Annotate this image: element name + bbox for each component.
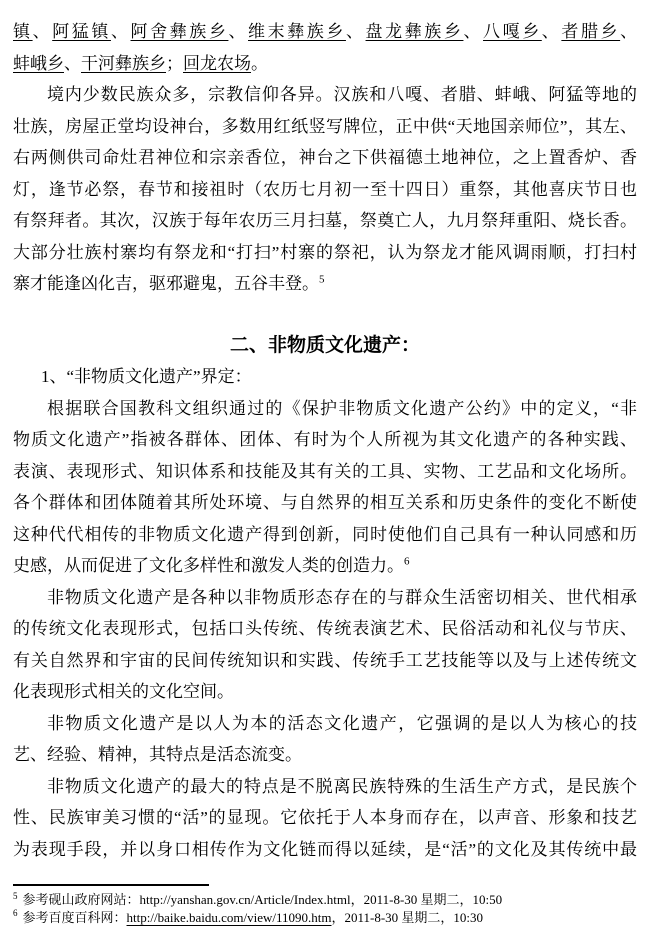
text-line: 境内少数民族众多，宗教信仰各异。汉族和八嘎、者腊、蚌峨、阿猛等地的 (13, 79, 637, 111)
text-line: 寨才能逢凶化吉，驱邪避鬼，五谷丰登。5 (13, 268, 637, 300)
footnote: 6参考百度百科网：http://baike.baidu.com/view/110… (13, 909, 637, 927)
punctuation: 、 (620, 22, 637, 41)
place-name: 维末彝族乡 (248, 22, 346, 41)
place-name: 阿舍彝族乡 (131, 22, 229, 41)
footnote-timestamp: ，2011-8-30 星期二，10:30 (331, 910, 483, 925)
text-run: 表演、表现形式、知识体系和技能及其有关的工具、实物、工艺品和文化场所。 (13, 462, 637, 481)
text-run: 性、民族审美习惯的“活”的显现。它依托于人本身而存在，以声音、形象和技艺 (13, 808, 637, 827)
footnote-text: 参考砚山政府网站： (23, 892, 140, 907)
document-page: 镇、阿猛镇、阿舍彝族乡、维末彝族乡、盘龙彝族乡、八嘎乡、者腊乡、蚌峨乡、干河彝族… (0, 0, 650, 932)
text-run: 各个群体和团体随着其所处环境、与自然界的相互关系和历史条件的变化不断使 (13, 493, 637, 512)
place-name: 阿猛镇 (52, 22, 111, 41)
text-line: 灯，逢节必祭，春节和接祖时（农历七月初一至十四日）重祭，其他喜庆节日也 (13, 174, 637, 206)
punctuation: ； (166, 54, 183, 73)
footnote-marker: 5 (13, 891, 18, 901)
footnote: 5参考砚山政府网站：http://yanshan.gov.cn/Article/… (13, 891, 637, 909)
text-run: 壮族，房屋正堂均设神台，多数用红纸竖写牌位，正中供“天地国亲师位”，其左、 (13, 117, 637, 136)
text-run: 史感，从而促进了文化多样性和激发人类的创造力。 (13, 556, 404, 575)
text-run: 根据联合国教科文组织通过的《保护非物质文化遗产公约》中的定义，“非 (47, 399, 637, 418)
document-body: 镇、阿猛镇、阿舍彝族乡、维末彝族乡、盘龙彝族乡、八嘎乡、者腊乡、蚌峨乡、干河彝族… (13, 16, 637, 865)
text-run: 这种代代相传的非物质文化遗产得到创新，同时使他们自己具有一种认同感和历 (13, 525, 637, 544)
sub-heading: 1、“非物质文化遗产”界定： (13, 361, 637, 393)
text-run: 化表现形式相关的文化空间。 (13, 682, 234, 701)
text-line: 这种代代相传的非物质文化遗产得到创新，同时使他们自己具有一种认同感和历 (13, 519, 637, 551)
footnote-marker: 6 (13, 908, 18, 918)
footnote-section: 5参考砚山政府网站：http://yanshan.gov.cn/Article/… (13, 884, 637, 926)
text-run: 的传统文化表现形式，包括口头传统、传统表演艺术、民俗活动和礼仪与节庆、 (13, 619, 637, 638)
text-run: 大部分壮族村寨均有祭龙和“打扫”村寨的祭祀，认为祭龙才能风调雨顺，打扫村 (13, 243, 637, 262)
text-run: 物质文化遗产”指被各群体、团体、有时为个人所视为其文化遗产的各种实践、 (13, 430, 637, 449)
punctuation: 、 (346, 22, 366, 41)
text-run: 右两侧供司命灶君神位和宗亲香位，神台之下供福德土地神位，之上置香炉、香 (13, 148, 637, 167)
text-line: 有关自然界和宇宙的民间传统知识和实践、传统手工艺技能等以及与上述传统文 (13, 645, 637, 677)
text-line: 的传统文化表现形式，包括口头传统、传统表演艺术、民俗活动和礼仪与节庆、 (13, 613, 637, 645)
punctuation: 、 (33, 22, 53, 41)
footnote-url: http://yanshan.gov.cn/Article/Index.html (140, 892, 351, 907)
text-line: 化表现形式相关的文化空间。 (13, 676, 637, 708)
footnote-timestamp: ，2011-8-30 星期二，10:50 (351, 892, 503, 907)
punctuation: 、 (228, 22, 248, 41)
text-run: 有祭拜者。其次，汉族于每年农历三月扫墓，祭奠亡人，九月祭拜重阳、烧长香。 (13, 211, 637, 230)
punctuation: 、 (64, 54, 81, 73)
text-run: 非物质文化遗产的最大的特点是不脱离民族特殊的生活生产方式，是民族个 (47, 777, 637, 796)
text-line: 性、民族审美习惯的“活”的显现。它依托于人本身而存在，以声音、形象和技艺 (13, 802, 637, 834)
footnote-ref: 6 (404, 555, 410, 567)
text-line: 蚌峨乡、干河彝族乡；回龙农场。 (13, 48, 637, 80)
punctuation: 、 (463, 22, 483, 41)
punctuation: 、 (542, 22, 562, 41)
punctuation: 。 (251, 54, 268, 73)
text-line: 各个群体和团体随着其所处环境、与自然界的相互关系和历史条件的变化不断使 (13, 487, 637, 519)
text-line: 表演、表现形式、知识体系和技能及其有关的工具、实物、工艺品和文化场所。 (13, 456, 637, 488)
text-run: 非物质文化遗产是以人为本的活态文化遗产，它强调的是以人为核心的技 (47, 714, 637, 733)
text-run: 非物质文化遗产是各种以非物质形态存在的与群众生活密切相关、世代相承 (47, 588, 637, 607)
text-line: 非物质文化遗产的最大的特点是不脱离民族特殊的生活生产方式，是民族个 (13, 771, 637, 803)
text-line: 艺、经验、精神，其特点是活态流变。 (13, 739, 637, 771)
place-name: 回龙农场 (183, 54, 251, 73)
text-line: 史感，从而促进了文化多样性和激发人类的创造力。6 (13, 550, 637, 582)
text-run: 为表现手段，并以身口相传作为文化链而得以延续，是“活”的文化及其传统中最 (13, 840, 637, 859)
text-line: 壮族，房屋正堂均设神台，多数用红纸竖写牌位，正中供“天地国亲师位”，其左、 (13, 111, 637, 143)
place-name: 蚌峨乡 (13, 54, 64, 73)
text-line: 物质文化遗产”指被各群体、团体、有时为个人所视为其文化遗产的各种实践、 (13, 424, 637, 456)
footnote-separator (13, 884, 209, 886)
footnote-ref: 5 (319, 273, 325, 285)
place-name: 八嘎乡 (483, 22, 542, 41)
punctuation: 、 (111, 22, 131, 41)
footnote-text: 参考百度百科网： (23, 910, 127, 925)
text-run: 艺、经验、精神，其特点是活态流变。 (13, 745, 302, 764)
place-name: 盘龙彝族乡 (366, 22, 464, 41)
place-name: 镇 (13, 22, 33, 41)
text-line: 非物质文化遗产是以人为本的活态文化遗产，它强调的是以人为核心的技 (13, 708, 637, 740)
place-name: 者腊乡 (561, 22, 620, 41)
footnote-url[interactable]: http://baike.baidu.com/view/11090.htm (127, 910, 332, 925)
text-line: 为表现手段，并以身口相传作为文化链而得以延续，是“活”的文化及其传统中最 (13, 834, 637, 866)
text-line: 大部分壮族村寨均有祭龙和“打扫”村寨的祭祀，认为祭龙才能风调雨顺，打扫村 (13, 237, 637, 269)
text-line: 镇、阿猛镇、阿舍彝族乡、维末彝族乡、盘龙彝族乡、八嘎乡、者腊乡、 (13, 16, 637, 48)
text-line: 根据联合国教科文组织通过的《保护非物质文化遗产公约》中的定义，“非 (13, 393, 637, 425)
text-run: 灯，逢节必祭，春节和接祖时（农历七月初一至十四日）重祭，其他喜庆节日也 (13, 180, 637, 199)
section-heading: 二、非物质文化遗产： (13, 330, 637, 362)
text-line: 右两侧供司命灶君神位和宗亲香位，神台之下供福德土地神位，之上置香炉、香 (13, 142, 637, 174)
footnote-list: 5参考砚山政府网站：http://yanshan.gov.cn/Article/… (13, 891, 637, 926)
text-line: 有祭拜者。其次，汉族于每年农历三月扫墓，祭奠亡人，九月祭拜重阳、烧长香。 (13, 205, 637, 237)
text-run: 寨才能逢凶化吉，驱邪避鬼，五谷丰登。 (13, 274, 319, 293)
place-name: 干河彝族乡 (81, 54, 166, 73)
text-line: 非物质文化遗产是各种以非物质形态存在的与群众生活密切相关、世代相承 (13, 582, 637, 614)
text-run: 境内少数民族众多，宗教信仰各异。汉族和八嘎、者腊、蚌峨、阿猛等地的 (47, 85, 637, 104)
text-run: 有关自然界和宇宙的民间传统知识和实践、传统手工艺技能等以及与上述传统文 (13, 651, 637, 670)
